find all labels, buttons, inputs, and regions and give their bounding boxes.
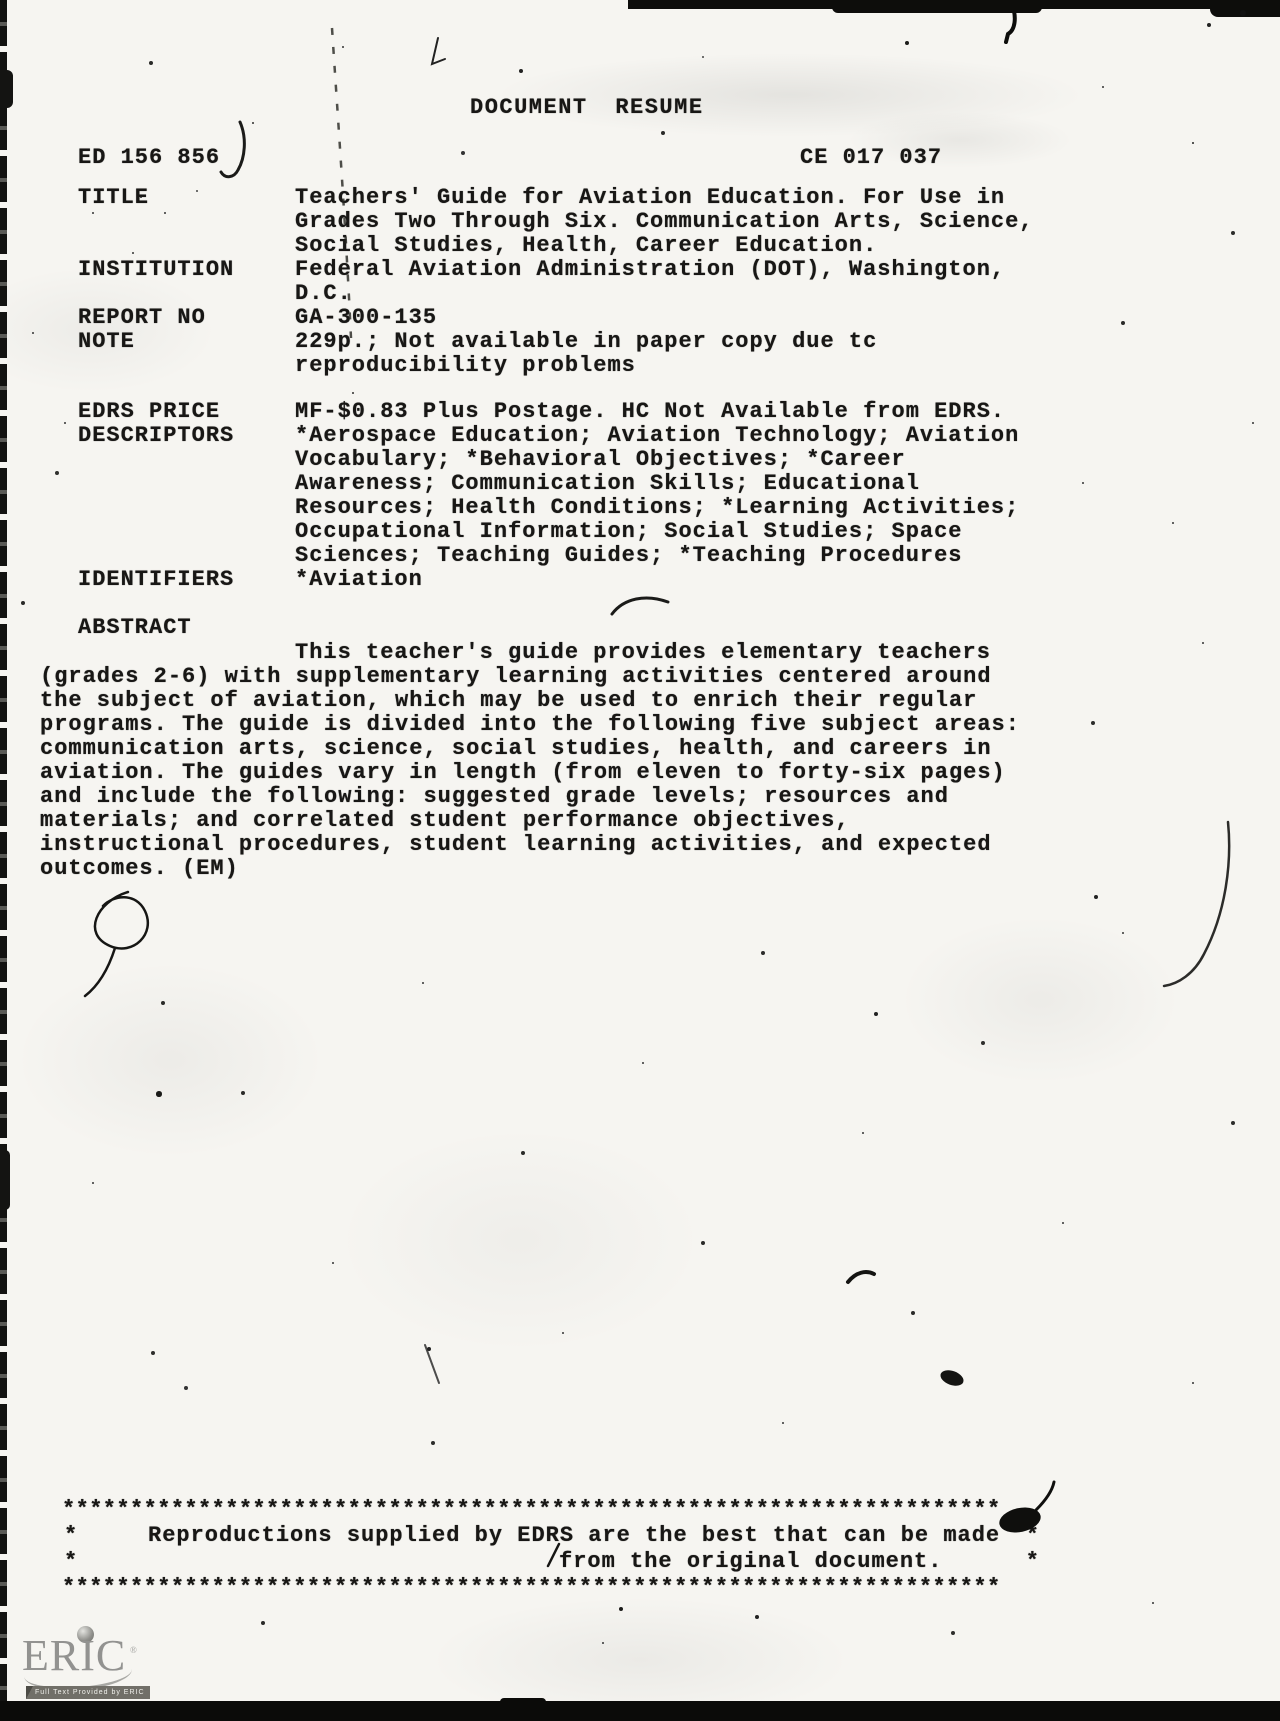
doc-type-heading: DOCUMENT RESUME (470, 96, 704, 120)
scan-edge-left (0, 0, 7, 1721)
catalog-fields: TITLE Teachers' Guide for Aviation Educa… (78, 186, 1050, 592)
field-value: *Aviation (295, 568, 1045, 592)
scanned-document-page: DOCUMENT RESUME ED 156 856 CE 017 037 TI… (0, 0, 1280, 1721)
scan-edge-artifact (832, 0, 1042, 13)
field-label: REPORT NO (78, 306, 295, 330)
abstract-heading: ABSTRACT (78, 616, 192, 640)
scan-edge-artifact (500, 1698, 546, 1705)
edrs-box-line-1: * Reproductions supplied by EDRS are the… (62, 1523, 1044, 1549)
field-value: MF-$0.83 Plus Postage. HC Not Available … (295, 400, 1045, 424)
asterisk-border-top: ****************************************… (62, 1497, 1044, 1523)
scan-edge-bottom (0, 1701, 1280, 1721)
field-row-descriptors: DESCRIPTORS *Aerospace Education; Aviati… (78, 424, 1050, 568)
field-label: DESCRIPTORS (78, 424, 295, 448)
registered-mark: ® (130, 1638, 138, 1662)
asterisk-border-bottom: ****************************************… (62, 1575, 1044, 1601)
field-row-note: NOTE 229p.; Not available in paper copy … (78, 330, 1050, 378)
field-label: EDRS PRICE (78, 400, 295, 424)
asterisk-edge: * (1026, 1523, 1040, 1549)
field-label: NOTE (78, 330, 295, 354)
eric-tagline: Full Text Provided by ERIC (26, 1686, 150, 1699)
edrs-box-line-2: * from the original document. * (62, 1549, 1044, 1575)
field-value: Federal Aviation Administration (DOT), W… (295, 258, 1045, 306)
field-row-institution: INSTITUTION Federal Aviation Administrat… (78, 258, 1050, 306)
field-value: *Aerospace Education; Aviation Technolog… (295, 424, 1045, 568)
field-row-report-no: REPORT NO GA-300-135 (78, 306, 1050, 330)
scan-edge-artifact (0, 1150, 10, 1210)
field-row-edrs-price: EDRS PRICE MF-$0.83 Plus Postage. HC Not… (78, 400, 1050, 424)
asterisk-edge: * (1026, 1549, 1040, 1575)
edrs-reproduction-box: ****************************************… (62, 1497, 1044, 1601)
asterisk-edge: * (64, 1549, 78, 1575)
field-label: INSTITUTION (78, 258, 295, 282)
edrs-box-text-2: from the original document. (559, 1549, 942, 1575)
field-value: 229p.; Not available in paper copy due t… (295, 330, 1045, 378)
edrs-box-text-1: Reproductions supplied by EDRS are the b… (148, 1523, 1000, 1549)
asterisk-edge: * (64, 1523, 78, 1549)
scan-edge-artifact (1210, 0, 1280, 17)
abstract-text: This teacher's guide provides elementary… (40, 641, 1042, 881)
scan-edge-artifact (0, 70, 13, 108)
ce-number: CE 017 037 (800, 146, 942, 170)
ed-number: ED 156 856 (78, 146, 220, 170)
field-label: IDENTIFIERS (78, 568, 295, 592)
field-row-identifiers: IDENTIFIERS *Aviation (78, 568, 1050, 592)
field-value: GA-300-135 (295, 306, 1045, 330)
field-label: TITLE (78, 186, 295, 210)
field-row-title: TITLE Teachers' Guide for Aviation Educa… (78, 186, 1050, 258)
field-value: Teachers' Guide for Aviation Education. … (295, 186, 1045, 258)
eric-logo: ERIC ® Full Text Provided by ERIC (22, 1626, 152, 1710)
